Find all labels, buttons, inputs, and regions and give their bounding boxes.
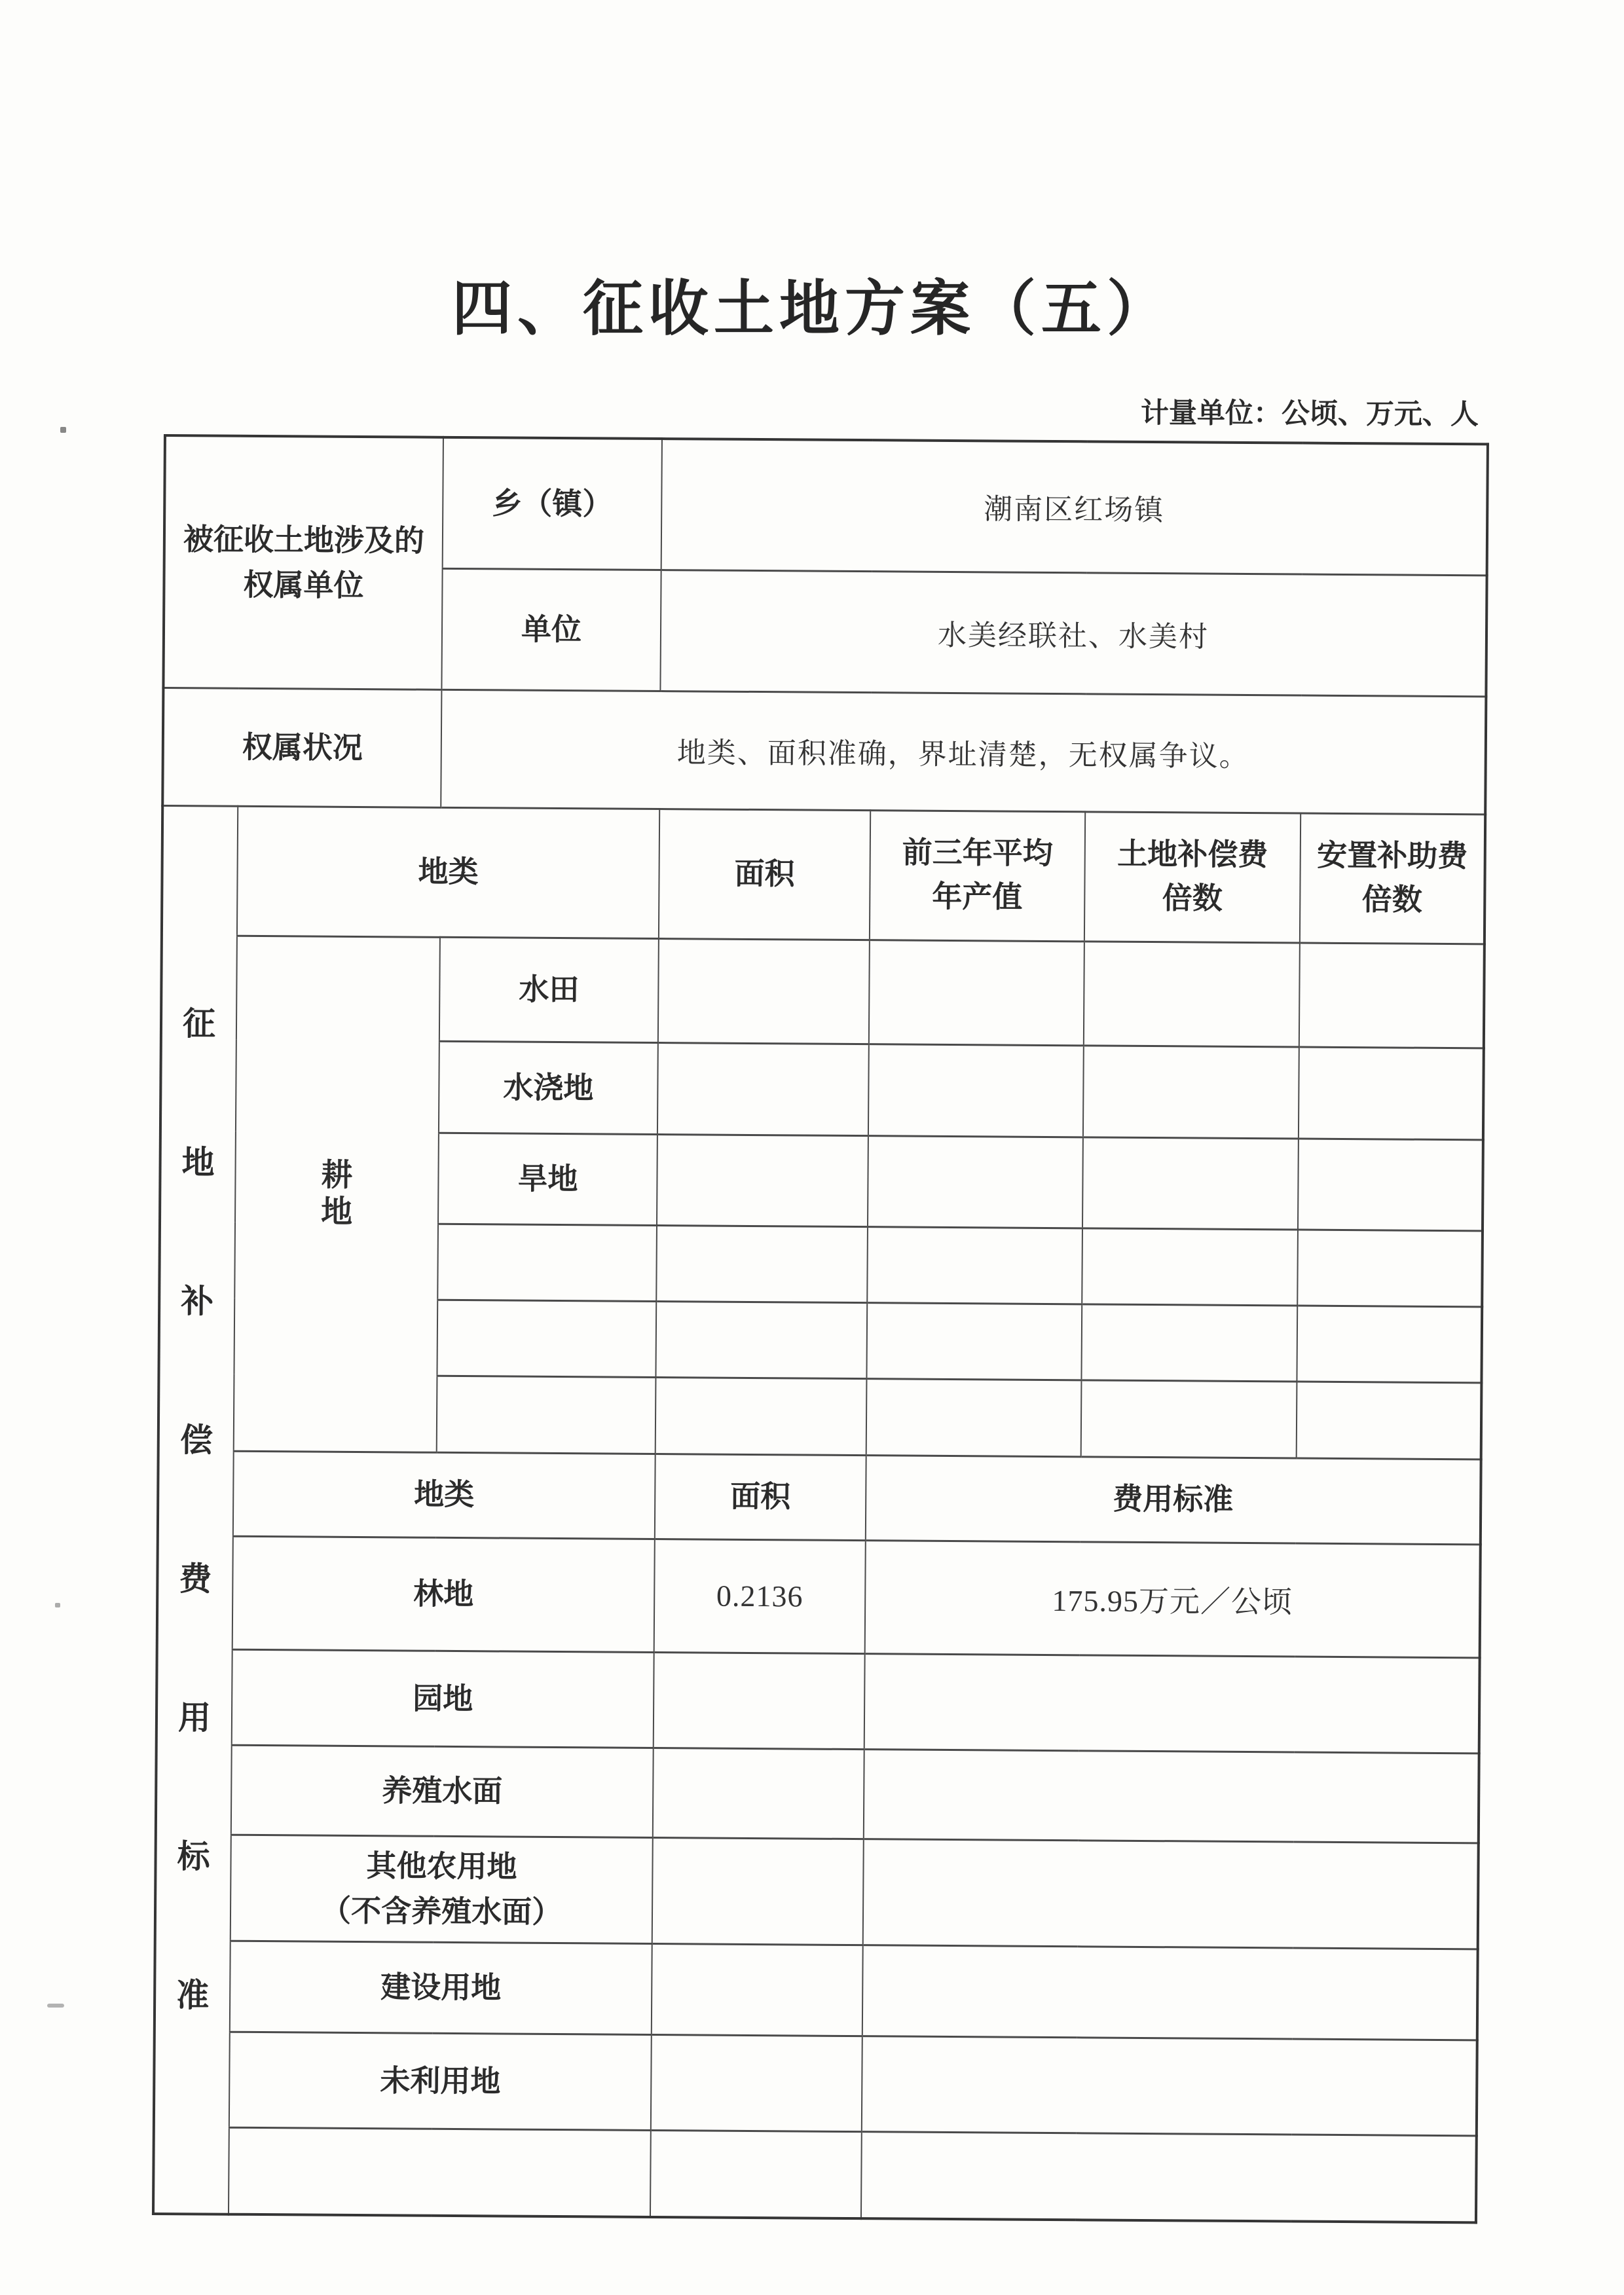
compensation-standard-side-label: 征 地 补 偿 费 用 标 准 [153,805,238,2214]
side-label-stack: 征 地 补 偿 费 用 标 准 [156,981,236,2038]
area-cell [658,938,870,1044]
resettle-cell [1299,1047,1484,1140]
scan-speck [60,427,66,433]
land-subtype-label: 水浇地 [439,1041,658,1134]
fee-row-area [651,2034,862,2131]
cultivated-land-group-label: 耕 地 [234,936,440,1452]
fee-row-area [653,1748,864,1839]
township-label: 乡（镇） [443,437,662,570]
land-comp-cell [1082,1137,1299,1229]
header-resettle-multiple: 安置补助费 倍数 [1300,813,1485,944]
land-subtype-label: 水田 [439,937,659,1042]
page-title: 四、征收土地方案（五） [0,261,1624,347]
resettle-cell [1297,1306,1482,1383]
avg-output-cell [868,1044,1084,1137]
header-land-comp-multiple: 土地补偿费 倍数 [1084,811,1301,942]
land-comp-cell [1081,1304,1297,1381]
fee-header-area: 面积 [655,1454,866,1540]
area-cell [655,1377,867,1455]
land-subtype-label [437,1376,656,1454]
form-sheet: 被征收土地涉及的 权属单位 乡（镇） 潮南区红场镇 单位 水美经联社、水美村 权… [152,434,1489,2224]
avg-output-cell [867,1226,1082,1304]
avg-output-cell [866,1378,1082,1456]
fee-row-label: 林地 [232,1536,655,1652]
fee-row-standard [862,2036,1477,2135]
fee-row-label: 养殖水面 [231,1745,654,1837]
land-comp-cell [1083,1045,1299,1138]
header-land-type: 地类 [237,806,659,938]
area-cell [657,1042,869,1135]
land-acquisition-table: 被征收土地涉及的 权属单位 乡（镇） 潮南区红场镇 单位 水美经联社、水美村 权… [152,434,1489,2224]
fee-row-area [654,1652,865,1749]
ownership-units-label: 被征收土地涉及的 权属单位 [163,435,443,689]
fee-row-standard [864,1749,1479,1843]
fee-row-label: 其他农用地 （不含养殖水面） [231,1835,653,1943]
fee-row-standard: 175.95万元／公顷 [865,1540,1481,1657]
avg-output-cell [868,1135,1083,1228]
header-avg-output: 前三年平均 年产值 [870,810,1085,941]
land-subtype-label [437,1300,656,1377]
tenure-status-value: 地类、面积准确，界址清楚，无权属争议。 [441,689,1486,815]
resettle-cell [1299,943,1485,1048]
land-comp-cell [1082,1228,1298,1305]
land-subtype-label [437,1224,657,1301]
fee-row-standard [864,1653,1480,1753]
fee-header-standard: 费用标准 [866,1455,1481,1544]
resettle-cell [1297,1382,1482,1460]
fee-row-label: 园地 [232,1649,654,1748]
fee-row-area: 0.2136 [654,1539,866,1653]
resettle-cell [1297,1230,1483,1307]
scan-speck [47,2004,64,2008]
unit-label: 单位 [441,568,661,691]
avg-output-cell [866,1302,1082,1380]
fee-row-area [652,1943,863,2036]
fee-row-label: 建设用地 [230,1941,652,2034]
area-cell [657,1134,868,1226]
unit-value: 水美经联社、水美村 [660,570,1486,696]
fee-row-standard [861,2131,1477,2222]
fee-row-label: 未利用地 [229,2032,652,2130]
fee-row-area [650,2130,862,2218]
header-area: 面积 [659,809,870,940]
land-comp-cell [1084,941,1300,1046]
measure-unit-note: 计量单位：公顷、万元、人 [1141,391,1479,432]
fee-row-standard [862,1945,1478,2040]
resettle-cell [1298,1139,1483,1231]
scan-speck [55,1603,60,1607]
tenure-status-label: 权属状况 [162,688,441,807]
fee-row-standard [863,1839,1479,1949]
area-cell [656,1225,868,1302]
land-comp-cell [1081,1380,1297,1458]
fee-row-label [229,2127,651,2217]
land-subtype-label: 旱地 [438,1133,657,1225]
fee-header-land-type: 地类 [233,1451,655,1539]
fee-row-area [652,1837,864,1945]
area-cell [655,1301,867,1378]
avg-output-cell [869,940,1084,1045]
township-value: 潮南区红场镇 [661,439,1488,575]
